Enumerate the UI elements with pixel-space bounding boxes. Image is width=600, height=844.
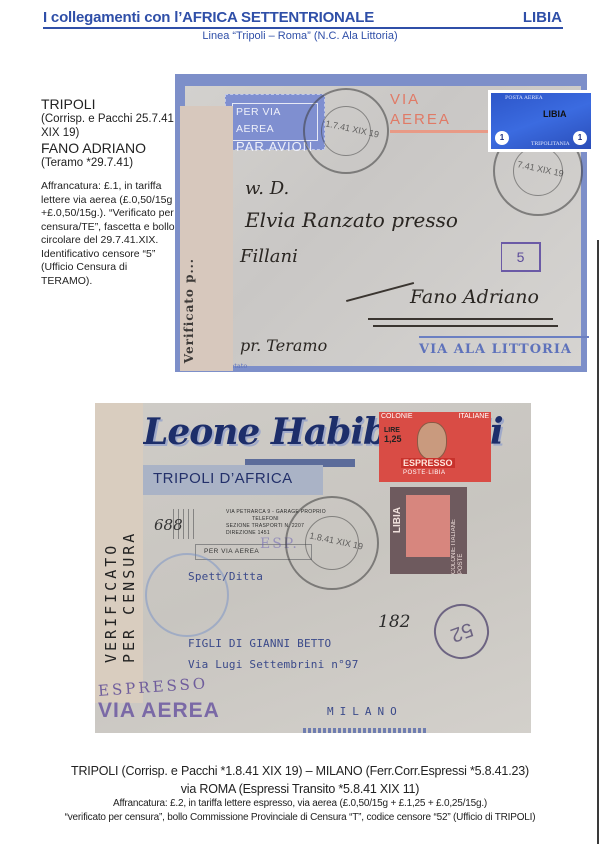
stamp2-top-left: COLONIE bbox=[381, 413, 413, 420]
censor-code-52: 52 bbox=[426, 596, 496, 666]
censor-number-box: 5 bbox=[501, 242, 541, 272]
caption-line-3: Affrancatura: £.2, in tariffa lettere es… bbox=[0, 797, 600, 811]
postmark-3: 1.8.41 XIX 19 bbox=[285, 496, 379, 590]
stamp3-colonie: COLONIE ITALIANE POSTE bbox=[451, 499, 465, 574]
title-underline bbox=[43, 27, 563, 29]
pen-underline-1 bbox=[368, 318, 553, 320]
stamp-value-left: 1 bbox=[495, 131, 509, 145]
stamp3-libia: LIBIA bbox=[392, 507, 403, 533]
libia-stamp: LIBIA COLONIE ITALIANE POSTE bbox=[390, 487, 467, 574]
stamp2-portrait bbox=[417, 422, 447, 460]
stamp3-vignette bbox=[406, 495, 450, 557]
stamp-bottom-text: TRIPOLITANIA bbox=[531, 141, 569, 147]
censor-strip-1-text: Verificato p... bbox=[182, 258, 196, 363]
letterhead-city-bar: TRIPOLI D’AFRICA bbox=[143, 465, 323, 495]
red-marking-line1: VIA bbox=[390, 90, 451, 110]
number-182: 182 bbox=[378, 612, 410, 632]
caption-line-4: “verificato per censura”, bollo Commissi… bbox=[0, 811, 600, 825]
stamp2-top-right: ITALIANE bbox=[458, 413, 489, 420]
envelope-1-image: PER VIA AEREA PAR AVION VIA AEREA 1.7.41… bbox=[175, 74, 587, 372]
censor-strip-2-line1: VERIFICATO bbox=[102, 543, 120, 663]
address-line-5: pr. Teramo bbox=[240, 336, 327, 355]
censorship-commission-mark bbox=[145, 553, 229, 637]
stamp2-poste-libia: POSTE·LIBIA bbox=[403, 470, 446, 476]
stamp-overprint: LIBIA bbox=[543, 109, 567, 119]
caption-line-2: via ROMA (Espressi Transito *5.8.41 XIX … bbox=[0, 780, 600, 798]
item1-destination-detail: (Teramo *29.7.41) bbox=[41, 156, 181, 170]
address-line-2: Elvia Ranzato presso bbox=[245, 208, 458, 232]
typed-underline bbox=[303, 728, 427, 733]
envelope-1-paper: PER VIA AEREA PAR AVION VIA AEREA 1.7.41… bbox=[185, 86, 581, 366]
address-line-4: Fano Adriano bbox=[410, 286, 539, 308]
typed-address-line2: FIGLI DI GIANNI BETTO bbox=[188, 637, 331, 650]
via-aerea-red-marking: VIA AEREA bbox=[390, 90, 451, 130]
pen-underline-2 bbox=[373, 325, 558, 327]
address-line-3: Fillani bbox=[240, 246, 298, 267]
typed-address-line3: Via Lugi Settembrini n°97 bbox=[188, 658, 359, 671]
stamp-top-text: POSTA AEREA bbox=[505, 95, 542, 101]
airmail-stamp-libia: POSTA AEREA LIBIA TRIPOLITANIA 1 1 bbox=[488, 90, 594, 152]
country-label: LIBIA bbox=[523, 9, 562, 26]
letterhead-city: TRIPOLI D’AFRICA bbox=[153, 470, 293, 487]
pen-stroke bbox=[346, 282, 414, 302]
postmark-1: 1.7.41 XIX 19 bbox=[303, 88, 389, 174]
item1-description: Affrancatura: £.1, in tariffa lettere vi… bbox=[41, 180, 181, 288]
censor-strip-1: Verificato p... bbox=[180, 106, 233, 371]
censor-strip-2: VERIFICATO PER CENSURA bbox=[95, 403, 143, 703]
item1-description-block: TRIPOLI (Corrisp. e Pacchi 25.7.41 XIX 1… bbox=[41, 96, 181, 288]
censor-strip-2-line2: PER CENSURA bbox=[120, 531, 138, 663]
item2-caption-main: TRIPOLI (Corrisp. e Pacchi *1.8.41 XIX 1… bbox=[0, 762, 600, 798]
page-title: I collegamenti con l’AFRICA SETTENTRIONA… bbox=[43, 9, 374, 26]
item2-caption-details: Affrancatura: £.2, in tariffa lettere es… bbox=[0, 797, 600, 825]
item1-origin-detail: (Corrisp. e Pacchi 25.7.41 XIX 19) bbox=[41, 112, 181, 140]
stamp2-espresso: ESPRESSO bbox=[401, 458, 455, 468]
envelope-2-image: TRIPOLI D’AFRICA Leone Habib e F.lli 688… bbox=[95, 403, 531, 733]
violet-via-aerea-stamp: VIA AEREA bbox=[98, 699, 220, 723]
footer-rule bbox=[419, 336, 589, 338]
caption-line-1: TRIPOLI (Corrisp. e Pacchi *1.8.41 XIX 1… bbox=[0, 762, 600, 780]
typed-address-city: MILANO bbox=[327, 705, 403, 718]
red-marking-line2: AEREA bbox=[390, 110, 451, 130]
censor-strip-2-text: VERIFICATO PER CENSURA bbox=[102, 463, 138, 663]
stamp-value-right: 1 bbox=[573, 131, 587, 145]
espresso-stamp: COLONIE ITALIANE LIRE 1,25 ESPRESSO POST… bbox=[379, 412, 491, 482]
typed-address-line1: Spett/Ditta bbox=[188, 570, 263, 583]
item1-destination: FANO ADRIANO bbox=[41, 140, 181, 156]
stamp2-surcharge: 1,25 bbox=[384, 434, 402, 444]
page-subtitle: Linea “Tripoli – Roma” (N.C. Ala Littori… bbox=[0, 30, 600, 42]
handwritten-number: 688 bbox=[154, 516, 183, 534]
scan-edge bbox=[597, 240, 599, 844]
item1-origin: TRIPOLI bbox=[41, 96, 181, 112]
via-ala-littoria-text: VIA ALA LITTORIA bbox=[419, 342, 572, 357]
address-line-1: w. D. bbox=[245, 178, 289, 199]
